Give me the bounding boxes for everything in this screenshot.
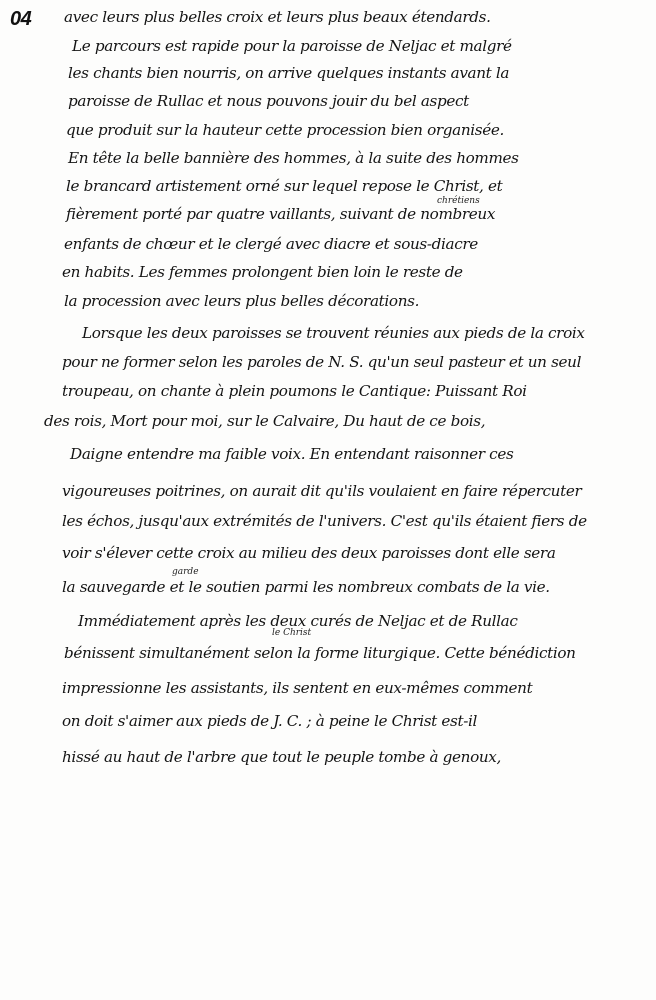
- page-number: 04: [10, 8, 31, 31]
- handwritten-manuscript-continued: [62, 0, 652, 1000]
